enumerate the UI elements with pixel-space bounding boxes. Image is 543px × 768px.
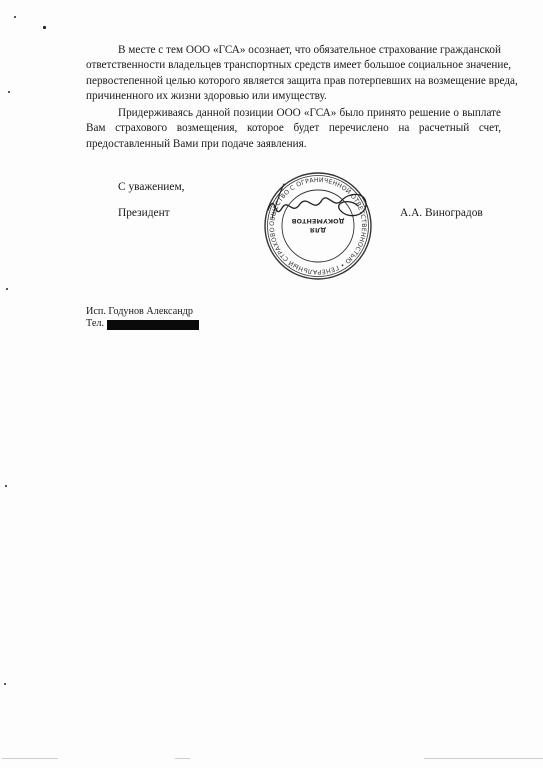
scan-edge-line	[2, 758, 58, 759]
paragraph-line: ответственности владельцев транспортных …	[86, 58, 501, 73]
scan-speck	[14, 16, 16, 18]
signer-name: А.А. Виноградов	[400, 207, 483, 219]
company-stamp: ОБЩЕСТВО С ОГРАНИЧЕННОЙ ОТВЕТСТВЕННОСТЬЮ…	[262, 170, 374, 282]
paragraph-line: Придерживаясь данной позиции ООО «ГСА» б…	[86, 106, 501, 121]
scan-speck	[8, 91, 10, 93]
closing-regards: С уважением,	[118, 181, 185, 193]
scan-edge-line	[424, 758, 543, 759]
paragraph-line: Вам страхового возмещения, которое будет…	[86, 121, 501, 136]
svg-text:ДОКУМЕНТОВ: ДОКУМЕНТОВ	[292, 217, 345, 225]
redacted-phone-number	[107, 320, 199, 330]
svg-text:ДЛЯ: ДЛЯ	[310, 226, 326, 234]
paragraph-social-significance: В месте с тем ООО «ГСА» осознает, что об…	[86, 43, 501, 105]
scan-speck	[43, 26, 46, 29]
paragraph-line: причиненного их жизни здоровью или имуще…	[86, 89, 501, 104]
paragraph-line: первостепенной целью которого является з…	[86, 74, 501, 89]
paragraph-line: предоставленный Вами при подаче заявлени…	[86, 137, 501, 152]
scan-speck	[4, 683, 6, 685]
phone-label: Тел.	[86, 318, 104, 329]
signer-position: Президент	[118, 207, 170, 219]
paragraph-line: В месте с тем ООО «ГСА» осознает, что об…	[86, 43, 501, 58]
scan-speck	[6, 288, 8, 290]
executor-name: Исп. Годунов Александр	[86, 306, 193, 317]
paragraph-payment-decision: Придерживаясь данной позиции ООО «ГСА» б…	[86, 106, 501, 152]
document-page: В месте с тем ООО «ГСА» осознает, что об…	[0, 0, 543, 768]
scan-speck	[5, 485, 7, 487]
scan-edge-line	[175, 758, 190, 759]
stamp-seal-icon: ОБЩЕСТВО С ОГРАНИЧЕННОЙ ОТВЕТСТВЕННОСТЬЮ…	[262, 170, 374, 282]
